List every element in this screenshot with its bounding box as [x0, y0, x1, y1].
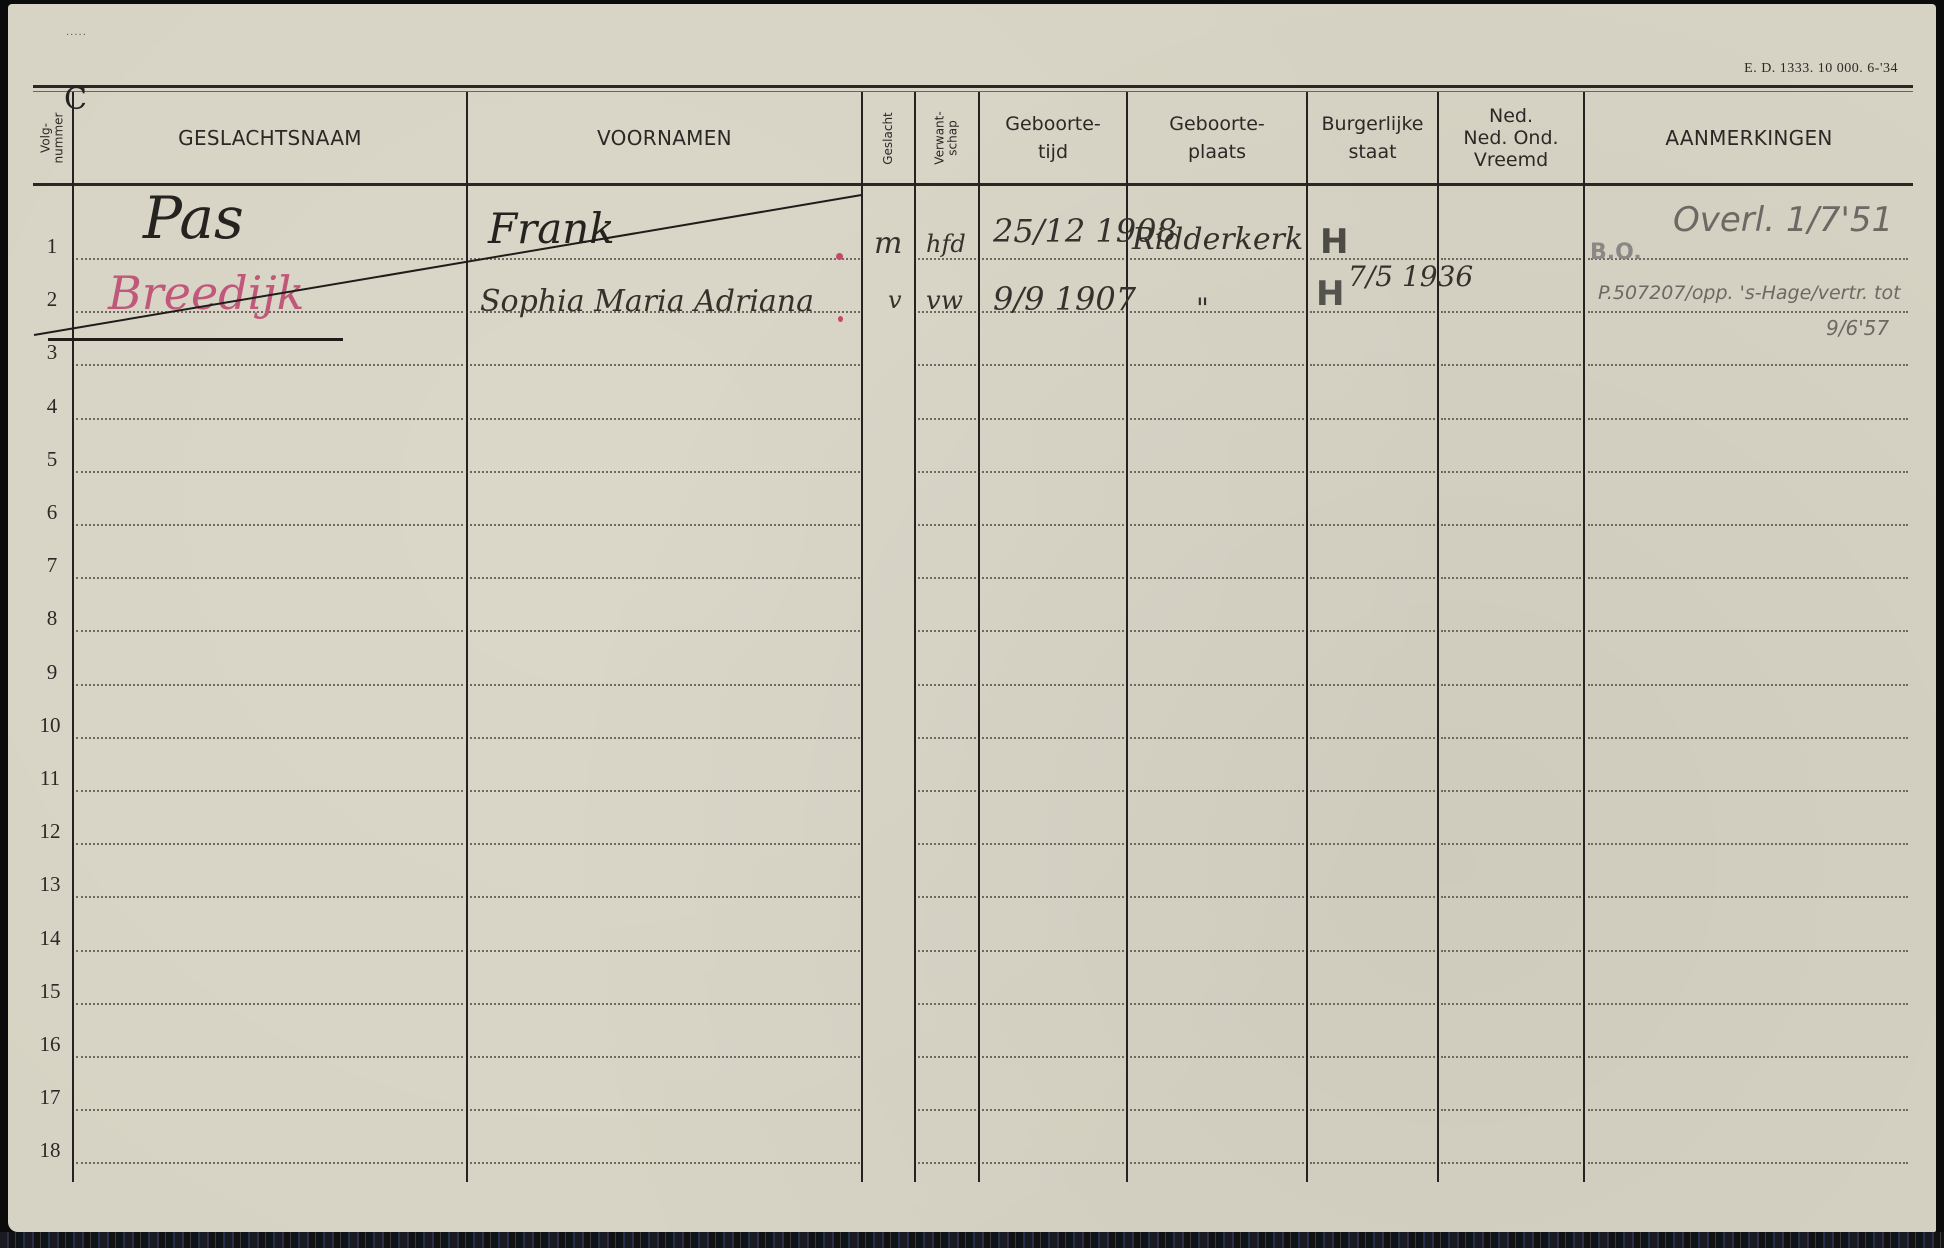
row-dotted-line — [918, 418, 976, 420]
row-dotted-line — [982, 1003, 1124, 1005]
row-dotted-line — [470, 843, 860, 845]
row-dotted-line — [1441, 1003, 1581, 1005]
row-dotted-line — [1130, 843, 1304, 845]
row-dotted-line — [1441, 737, 1581, 739]
row-dotted-line — [1130, 1162, 1304, 1164]
col-line-verwantschap — [978, 92, 980, 1182]
header-geboorteplaats: Geboorte-plaats — [1128, 94, 1306, 182]
row-dotted-line — [1310, 524, 1435, 526]
row-dotted-line — [1130, 471, 1304, 473]
row-dotted-line — [76, 1056, 463, 1058]
row-dotted-line — [1310, 1109, 1435, 1111]
row-dotted-line — [918, 737, 976, 739]
row-dotted-line — [1441, 524, 1581, 526]
row-dotted-line — [982, 950, 1124, 952]
row-dotted-line — [982, 630, 1124, 632]
row-dotted-line — [1588, 1003, 1908, 1005]
row-dotted-line — [982, 684, 1124, 686]
header-voornamen: VOORNAMEN — [468, 94, 861, 182]
row-dotted-line — [1130, 737, 1304, 739]
header-aanmerkingen: AANMERKINGEN — [1585, 94, 1913, 182]
row-dotted-line — [1310, 843, 1435, 845]
row-dotted-line — [76, 418, 463, 420]
row-dotted-line — [76, 1003, 463, 1005]
row-number: 2 — [22, 287, 82, 312]
entry-2-geslacht: v — [888, 286, 902, 314]
header-geboortetijd: Geboorte-tijd — [980, 94, 1126, 182]
row-dotted-line — [1441, 311, 1581, 313]
row-number: 5 — [22, 447, 82, 472]
row-dotted-line — [982, 1162, 1124, 1164]
entry-2-aanmerkingen: P.507207/opp. 's-Hage/vertr. tot — [1598, 282, 1901, 304]
row-dotted-line — [470, 1109, 860, 1111]
row-dotted-line — [470, 950, 860, 952]
row-dotted-line — [1588, 524, 1908, 526]
row-dotted-line — [76, 1162, 463, 1164]
row-dotted-line — [1588, 630, 1908, 632]
row-dotted-line — [470, 364, 860, 366]
row-dotted-line — [1130, 1056, 1304, 1058]
row-dotted-line — [1310, 950, 1435, 952]
row-dotted-line — [1310, 737, 1435, 739]
row-dotted-line — [1130, 524, 1304, 526]
row-dotted-line — [1130, 418, 1304, 420]
row-number: 12 — [20, 819, 80, 844]
row-dotted-line — [470, 1056, 860, 1058]
row-dotted-line — [982, 364, 1124, 366]
entry-2-geboortetijd: 9/9 1907 — [993, 280, 1136, 318]
row-number: 1 — [22, 234, 82, 259]
row-dotted-line — [1310, 630, 1435, 632]
corner-mark: C — [64, 82, 87, 117]
row-dotted-line — [918, 258, 976, 260]
row-dotted-line — [76, 684, 463, 686]
row-dotted-line — [470, 737, 860, 739]
row-number: 8 — [22, 606, 82, 631]
row-dotted-line — [76, 577, 463, 579]
row-dotted-line — [1310, 790, 1435, 792]
header-geslacht: Geslacht — [863, 94, 914, 182]
entry-2-geboorteplaats: " — [1196, 292, 1209, 325]
row-number: 14 — [20, 926, 80, 951]
row-dotted-line — [1310, 1162, 1435, 1164]
strike-line-under — [48, 338, 343, 341]
row-dotted-line — [1441, 1109, 1581, 1111]
row-dotted-line — [470, 630, 860, 632]
row-dotted-line — [1310, 471, 1435, 473]
row-dotted-line — [1310, 418, 1435, 420]
row-number: 18 — [20, 1138, 80, 1163]
row-dotted-line — [1441, 364, 1581, 366]
row-number: 6 — [22, 500, 82, 525]
red-mark — [838, 316, 843, 322]
row-dotted-line — [1130, 311, 1304, 313]
col-line-burgerlijke — [1437, 92, 1439, 1182]
row-dotted-line — [918, 1003, 976, 1005]
row-dotted-line — [918, 471, 976, 473]
entry-1-burgerlijke-staat: H — [1320, 222, 1348, 262]
row-dotted-line — [918, 1109, 976, 1111]
row-dotted-line — [1441, 471, 1581, 473]
row-dotted-line — [470, 418, 860, 420]
entry-1-verwantschap: hfd — [926, 230, 966, 258]
row-dotted-line — [1441, 1162, 1581, 1164]
row-dotted-line — [918, 1056, 976, 1058]
row-dotted-line — [1130, 684, 1304, 686]
row-dotted-line — [918, 577, 976, 579]
row-dotted-line — [918, 790, 976, 792]
row-dotted-line — [1130, 577, 1304, 579]
row-dotted-line — [1310, 896, 1435, 898]
entry-1-geslacht: m — [874, 226, 902, 261]
row-dotted-line — [918, 630, 976, 632]
entry-2-marriage-date: 7/5 1936 — [1348, 260, 1473, 293]
row-dotted-line — [918, 843, 976, 845]
row-number: 11 — [20, 766, 80, 791]
row-dotted-line — [1588, 311, 1908, 313]
row-number: 3 — [22, 340, 82, 365]
row-dotted-line — [1588, 950, 1908, 952]
row-number: 9 — [22, 660, 82, 685]
row-dotted-line — [918, 896, 976, 898]
col-line-geboorteplaats — [1306, 92, 1308, 1182]
row-dotted-line — [982, 843, 1124, 845]
row-dotted-line — [1441, 684, 1581, 686]
row-dotted-line — [1130, 790, 1304, 792]
row-dotted-line — [470, 896, 860, 898]
row-dotted-line — [76, 258, 463, 260]
row-dotted-line — [1588, 471, 1908, 473]
entry-1-geslachtsnaam: Pas — [143, 184, 244, 252]
row-dotted-line — [76, 364, 463, 366]
row-dotted-line — [918, 684, 976, 686]
top-mark: ····· — [66, 30, 87, 41]
row-dotted-line — [1441, 630, 1581, 632]
row-dotted-line — [1588, 364, 1908, 366]
row-dotted-line — [982, 1056, 1124, 1058]
row-dotted-line — [76, 471, 463, 473]
row-dotted-line — [1130, 630, 1304, 632]
scan-border — [0, 1232, 1944, 1248]
header-nationaliteit: Ned.Ned. Ond.Vreemd — [1439, 94, 1583, 182]
header-geslachtsnaam: GESLACHTSNAAM — [74, 94, 466, 182]
row-dotted-line — [470, 524, 860, 526]
row-dotted-line — [1588, 790, 1908, 792]
row-dotted-line — [470, 258, 860, 260]
row-dotted-line — [76, 1109, 463, 1111]
row-dotted-line — [76, 524, 463, 526]
row-dotted-line — [1130, 896, 1304, 898]
row-dotted-line — [1441, 843, 1581, 845]
row-number: 13 — [20, 872, 80, 897]
row-dotted-line — [76, 950, 463, 952]
row-dotted-line — [1130, 364, 1304, 366]
row-dotted-line — [1310, 364, 1435, 366]
population-register-card: ····· E. D. 1333. 10 000. 6-'34 Volg-num… — [8, 4, 1936, 1232]
row-dotted-line — [1588, 684, 1908, 686]
row-dotted-line — [982, 577, 1124, 579]
row-dotted-line — [1310, 1003, 1435, 1005]
row-dotted-line — [470, 1003, 860, 1005]
row-number: 17 — [20, 1085, 80, 1110]
row-dotted-line — [76, 737, 463, 739]
row-dotted-line — [1588, 896, 1908, 898]
top-rule — [33, 85, 1913, 88]
row-dotted-line — [1441, 577, 1581, 579]
row-dotted-line — [982, 896, 1124, 898]
row-dotted-line — [470, 684, 860, 686]
col-line-naam — [466, 92, 468, 1182]
row-dotted-line — [470, 577, 860, 579]
row-dotted-line — [1441, 950, 1581, 952]
row-number: 10 — [20, 713, 80, 738]
row-dotted-line — [1588, 1162, 1908, 1164]
row-dotted-line — [982, 1109, 1124, 1111]
row-dotted-line — [982, 418, 1124, 420]
row-number: 16 — [20, 1032, 80, 1057]
row-dotted-line — [1588, 737, 1908, 739]
row-dotted-line — [918, 364, 976, 366]
row-dotted-line — [76, 896, 463, 898]
row-dotted-line — [1130, 1003, 1304, 1005]
entry-2-voornamen: Sophia Maria Adriana — [480, 284, 814, 319]
row-dotted-line — [1588, 1056, 1908, 1058]
entry-2-aanmerkingen-date: 9/6'57 — [1826, 316, 1889, 340]
row-dotted-line — [470, 1162, 860, 1164]
entry-2-verwantschap: vw — [926, 286, 963, 316]
row-dotted-line — [1310, 577, 1435, 579]
row-dotted-line — [1130, 258, 1304, 260]
header-burgerlijke-staat: Burgerlijkestaat — [1308, 94, 1437, 182]
row-dotted-line — [470, 471, 860, 473]
row-dotted-line — [1441, 790, 1581, 792]
row-dotted-line — [918, 950, 976, 952]
row-dotted-line — [1310, 684, 1435, 686]
top-rule-thin — [33, 91, 1913, 92]
row-dotted-line — [918, 1162, 976, 1164]
row-dotted-line — [1130, 1109, 1304, 1111]
row-number: 7 — [22, 553, 82, 578]
row-dotted-line — [1441, 1056, 1581, 1058]
entry-1-aanmerkingen: Overl. 1/7'51 — [1673, 200, 1893, 240]
row-dotted-line — [1588, 1109, 1908, 1111]
col-line-nationaliteit — [1583, 92, 1585, 1182]
row-dotted-line — [1588, 577, 1908, 579]
red-mark — [836, 253, 843, 260]
entry-2-burgerlijke-staat: H — [1316, 274, 1344, 314]
entry-1-aanmerkingen-stamp: B.O. — [1590, 240, 1642, 265]
row-dotted-line — [982, 790, 1124, 792]
col-line-voornamen — [861, 92, 863, 1182]
row-dotted-line — [982, 471, 1124, 473]
row-dotted-line — [1310, 1056, 1435, 1058]
row-dotted-line — [76, 790, 463, 792]
header-verwantschap: Verwant-schap — [916, 94, 978, 182]
row-number: 15 — [20, 979, 80, 1004]
row-dotted-line — [470, 790, 860, 792]
row-dotted-line — [1441, 418, 1581, 420]
header-rule — [33, 183, 1913, 186]
row-dotted-line — [76, 630, 463, 632]
row-dotted-line — [982, 737, 1124, 739]
row-dotted-line — [1130, 950, 1304, 952]
col-line-geslacht — [914, 92, 916, 1182]
row-number: 4 — [22, 394, 82, 419]
col-line-geboortetijd — [1126, 92, 1128, 1182]
print-code: E. D. 1333. 10 000. 6-'34 — [1744, 61, 1898, 77]
row-dotted-line — [982, 524, 1124, 526]
row-dotted-line — [1441, 896, 1581, 898]
row-dotted-line — [982, 258, 1124, 260]
row-dotted-line — [76, 843, 463, 845]
entry-1-geboorteplaats: Ridderkerk — [1132, 222, 1303, 257]
row-dotted-line — [1588, 843, 1908, 845]
row-dotted-line — [918, 524, 976, 526]
row-dotted-line — [1588, 418, 1908, 420]
